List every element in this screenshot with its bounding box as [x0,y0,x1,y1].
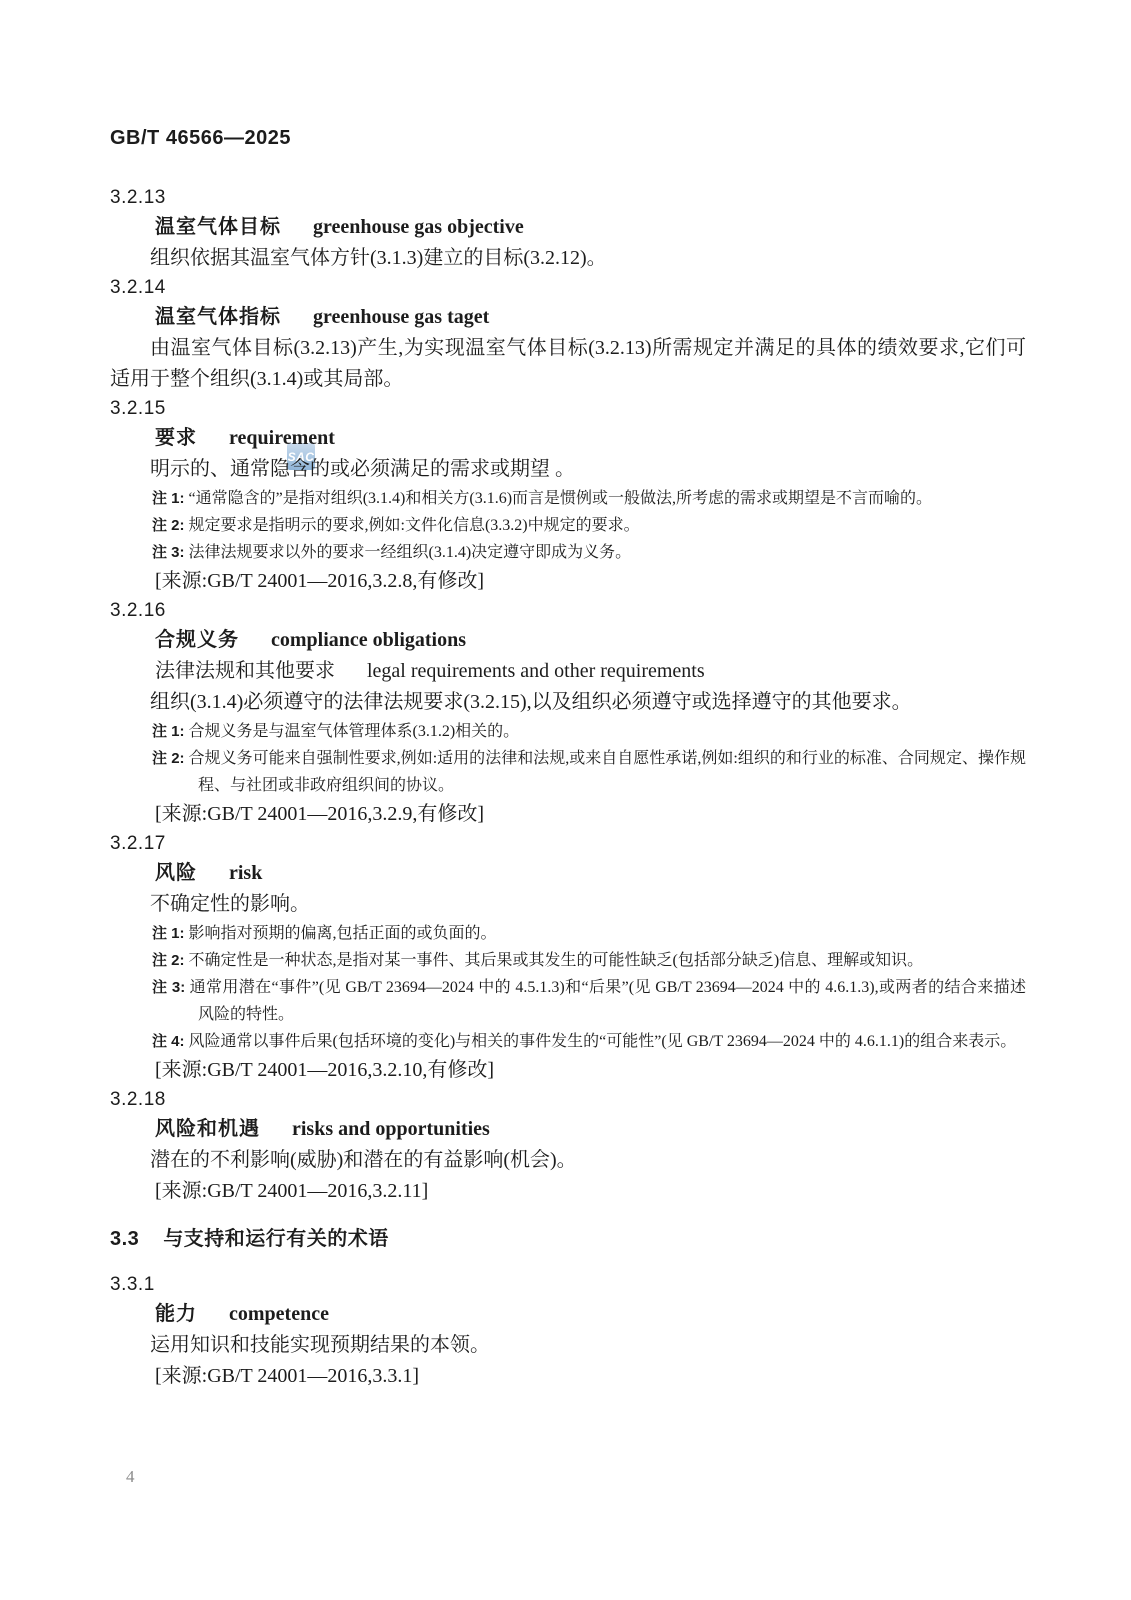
page-content: GB/T 46566—2025 3.2.13温室气体目标greenhouse g… [110,126,1026,1392]
term-zh: 要求 [155,427,197,449]
term-en: greenhouse gas taget [313,306,489,328]
note-label: 注 3: [152,979,185,996]
term-zh: 风险 [155,862,197,884]
note: 注 3: 法律法规要求以外的要求一经组织(3.1.4)决定遵守即成为义务。 [152,539,1026,566]
note: 注 4: 风险通常以事件后果(包括环境的变化)与相关的事件发生的“可能性”(见 … [152,1028,1026,1055]
term-entry: 3.2.18风险和机遇risks and opportunities潜在的不利影… [110,1086,1026,1207]
note: 注 2: 不确定性是一种状态,是指对某一事件、其后果或其发生的可能性缺乏(包括部… [152,947,1026,974]
term-en: greenhouse gas objective [313,216,524,238]
term-definition: 不确定性的影响。 [110,889,1026,920]
term-en: legal requirements and other requirement… [367,660,705,682]
note-label: 注 1: [152,925,185,942]
document-page: SAC GB/T 46566—2025 3.2.13温室气体目标greenhou… [0,0,1131,1600]
note-label: 注 2: [152,750,185,767]
section-heading-title: 与支持和运行有关的术语 [163,1228,389,1250]
content: 3.2.13温室气体目标greenhouse gas objective组织依据… [110,184,1026,1392]
note: 注 1: “通常隐含的”是指对组织(3.1.4)和相关方(3.1.6)而言是惯例… [152,485,1026,512]
term-zh: 温室气体目标 [155,216,281,238]
source-line: [来源:GB/T 24001—2016,3.2.8,有修改] [155,566,1026,597]
note: 注 3: 通常用潜在“事件”(见 GB/T 23694—2024 中的 4.5.… [152,974,1026,1028]
note-text: 法律法规要求以外的要求一经组织(3.1.4)决定遵守即成为义务。 [189,544,632,561]
standard-number-header: GB/T 46566—2025 [110,126,1026,150]
page-number: 4 [126,1466,135,1488]
note-text: 影响指对预期的偏离,包括正面的或负面的。 [189,925,497,942]
term-line: 温室气体目标greenhouse gas objective [155,212,1026,243]
note-text: 通常用潜在“事件”(见 GB/T 23694—2024 中的 4.5.1.3)和… [190,979,1026,1023]
term-entry: 3.2.15要求requirement明示的、通常隐含的或必须满足的需求或期望 … [110,395,1026,597]
term-en: risk [229,862,262,884]
term-line: 风险risk [155,858,1026,889]
term-definition: 组织(3.1.4)必须遵守的法律法规要求(3.2.15),以及组织必须遵守或选择… [110,687,1026,718]
term-zh: 能力 [155,1303,197,1325]
source-line: [来源:GB/T 24001—2016,3.2.9,有修改] [155,799,1026,830]
note-label: 注 1: [152,723,185,740]
term-en: competence [229,1303,329,1325]
source-line: [来源:GB/T 24001—2016,3.3.1] [155,1361,1026,1392]
note-text: 风险通常以事件后果(包括环境的变化)与相关的事件发生的“可能性”(见 GB/T … [189,1033,1017,1050]
term-line: 风险和机遇risks and opportunities [155,1114,1026,1145]
section-heading: 3.3与支持和运行有关的术语 [110,1225,1026,1253]
term-line: 温室气体指标greenhouse gas taget [155,302,1026,333]
term-line: 要求requirement [155,423,1026,454]
term-zh: 法律法规和其他要求 [155,660,335,682]
note: 注 1: 影响指对预期的偏离,包括正面的或负面的。 [152,920,1026,947]
term-definition: 运用知识和技能实现预期结果的本领。 [110,1330,1026,1361]
term-en: compliance obligations [271,629,466,651]
term-entry-number: 3.2.15 [110,395,1026,423]
term-definition: 潜在的不利影响(威胁)和潜在的有益影响(机会)。 [110,1145,1026,1176]
term-line: 合规义务compliance obligations [155,625,1026,656]
term-entry-number: 3.2.17 [110,830,1026,858]
note-label: 注 2: [152,517,185,534]
note-text: 不确定性是一种状态,是指对某一事件、其后果或其发生的可能性缺乏(包括部分缺乏)信… [189,952,924,969]
note: 注 1: 合规义务是与温室气体管理体系(3.1.2)相关的。 [152,718,1026,745]
term-zh: 合规义务 [155,629,239,651]
term-entry: 3.2.14温室气体指标greenhouse gas taget由温室气体目标(… [110,274,1026,395]
term-entry-number: 3.3.1 [110,1271,1026,1299]
term-entry: 3.2.16合规义务compliance obligations法律法规和其他要… [110,597,1026,830]
note: 注 2: 规定要求是指明示的要求,例如:文件化信息(3.3.2)中规定的要求。 [152,512,1026,539]
note-text: “通常隐含的”是指对组织(3.1.4)和相关方(3.1.6)而言是惯例或一般做法… [189,490,933,507]
note-text: 合规义务可能来自强制性要求,例如:适用的法律和法规,或来自自愿性承诺,例如:组织… [189,750,1026,794]
term-line: 能力competence [155,1299,1026,1330]
term-definition: 组织依据其温室气体方针(3.1.3)建立的目标(3.2.12)。 [110,243,1026,274]
note: 注 2: 合规义务可能来自强制性要求,例如:适用的法律和法规,或来自自愿性承诺,… [152,745,1026,799]
term-entry: 3.2.13温室气体目标greenhouse gas objective组织依据… [110,184,1026,274]
term-definition: 明示的、通常隐含的或必须满足的需求或期望 。 [110,454,1026,485]
term-en: risks and opportunities [292,1118,490,1140]
note-text: 规定要求是指明示的要求,例如:文件化信息(3.3.2)中规定的要求。 [189,517,640,534]
note-label: 注 3: [152,544,185,561]
term-entry-number: 3.2.18 [110,1086,1026,1114]
note-label: 注 4: [152,1033,185,1050]
term-zh: 温室气体指标 [155,306,281,328]
term-entry-number: 3.2.13 [110,184,1026,212]
term-entry: 3.2.17风险risk不确定性的影响。注 1: 影响指对预期的偏离,包括正面的… [110,830,1026,1086]
note-label: 注 1: [152,490,185,507]
term-entry-number: 3.2.16 [110,597,1026,625]
term-entry-number: 3.2.14 [110,274,1026,302]
term-definition: 由温室气体目标(3.2.13)产生,为实现温室气体目标(3.2.13)所需规定并… [110,333,1026,395]
source-line: [来源:GB/T 24001—2016,3.2.11] [155,1176,1026,1207]
note-label: 注 2: [152,952,185,969]
term-en: requirement [229,427,335,449]
section-heading-number: 3.3 [110,1228,139,1250]
term-zh: 风险和机遇 [155,1118,260,1140]
term-entry: 3.3.1能力competence运用知识和技能实现预期结果的本领。[来源:GB… [110,1271,1026,1392]
term-line: 法律法规和其他要求legal requirements and other re… [155,656,1026,687]
note-text: 合规义务是与温室气体管理体系(3.1.2)相关的。 [189,723,520,740]
source-line: [来源:GB/T 24001—2016,3.2.10,有修改] [155,1055,1026,1086]
